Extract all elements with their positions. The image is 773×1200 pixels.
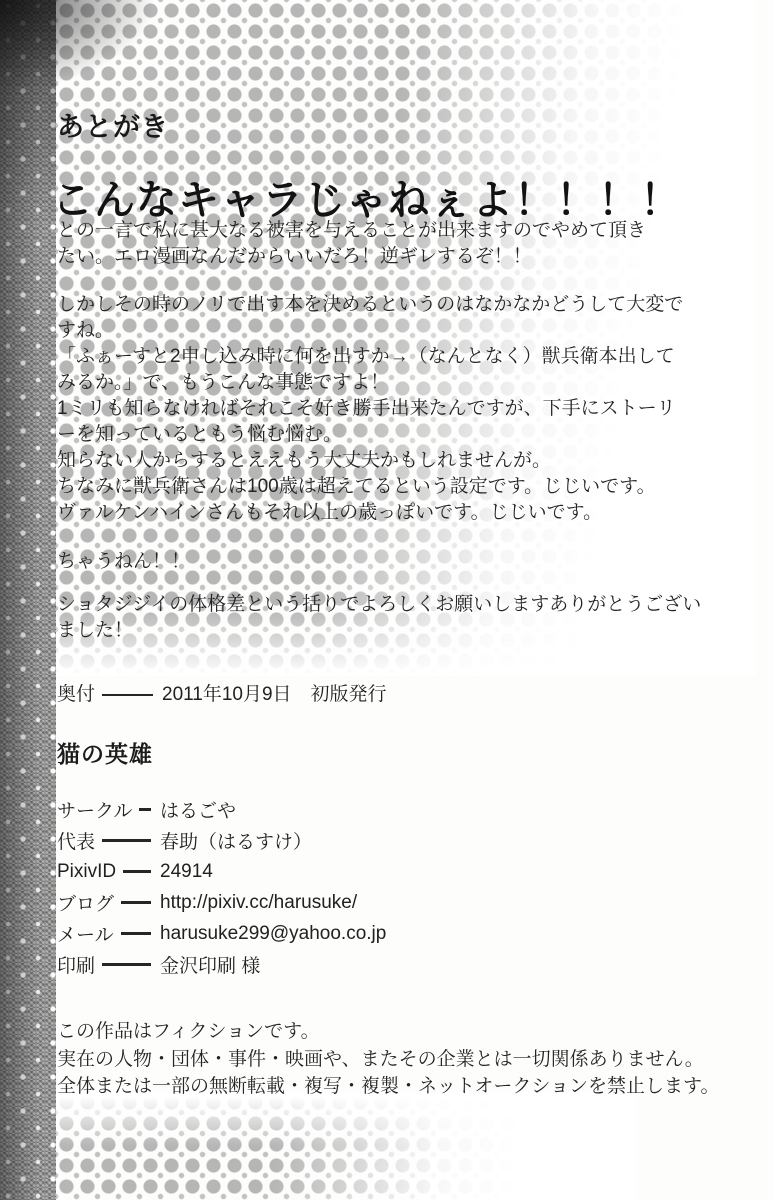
paragraph-2: しかしその時のノリで出す本を決めるというのはなかなかどうして大変で すね。 「ふ… [57,292,683,474]
book-title: 猫の英雄 [57,736,153,769]
page-content: あとがき こんなキャラじゃねぇよ！！！！ との一言で私に甚大なる被害を与えること… [0,0,773,1200]
paragraph-line: ました！ [57,618,701,644]
dash-rule [139,808,151,811]
paragraph-line: ーを知っているともう悩む悩む。 [57,422,683,448]
colophon-label: ブログ [57,889,114,916]
paragraph-line: ちなみに獣兵衛さんは100歳は超えてるという設定です。じじいです。 [57,474,656,500]
paragraph-line: 知らない人からするとええもう大丈夫かもしれませんが。 [57,448,683,474]
okuzuke-label: 奥付 [57,682,95,708]
dash-rule [121,901,151,904]
colophon-label: メール [57,920,114,947]
okuzuke-row: 奥付 2011年10月9日 初版発行 [57,682,657,708]
paragraph-1: との一言で私に甚大なる被害を与えることが出来ますのでやめて頂き たい。エロ漫画な… [57,218,646,270]
paragraph-5: ショタジジイの体格差という括りでよろしくお願いしますありがとうござい ました！ [57,592,701,644]
colophon-row-printer: 印刷 金沢印刷 様 [57,949,657,980]
colophon-value: 春助（はるすけ） [160,827,657,854]
colophon-row-blog: ブログ http://pixiv.cc/harusuke/ [57,887,657,918]
disclaimer-line: この作品はフィクションです。 [57,1018,720,1046]
colophon-list: サークル はるごや 代表 春助（はるすけ） PixivID 24914 ブログ … [57,794,657,980]
colophon-label: サークル [57,796,132,823]
paragraph-line: たい。エロ漫画なんだからいいだろ！逆ギレするぞ！！ [57,244,646,270]
paragraph-line: ショタジジイの体格差という括りでよろしくお願いしますありがとうござい [57,592,701,618]
dash-rule [102,963,151,966]
paragraph-3: ちなみに獣兵衛さんは100歳は超えてるという設定です。じじいです。 ヴァルケンハ… [57,474,656,526]
section-label: あとがき [57,105,169,144]
paragraph-line: みるか。」で、もうこんな事態ですよ！ [57,370,683,396]
colophon-value-blog-url: http://pixiv.cc/harusuke/ [160,892,657,914]
dash-rule [102,694,153,697]
colophon-value: 金沢印刷 様 [160,951,657,978]
colophon-value: 24914 [160,861,657,883]
paragraph-4: ちゃうねん！！ [57,549,190,575]
paragraph-line: しかしその時のノリで出す本を決めるというのはなかなかどうして大変で [57,292,683,318]
paragraph-line: との一言で私に甚大なる被害を与えることが出来ますのでやめて頂き [57,218,646,244]
paragraph-line: ヴァルケンハインさんもそれ以上の歳っぽいです。じじいです。 [57,500,656,526]
disclaimer: この作品はフィクションです。 実在の人物・団体・事件・映画や、またその企業とは一… [57,1018,720,1101]
colophon-label: PixivID [57,861,116,883]
scanned-afterword-page: あとがき こんなキャラじゃねぇよ！！！！ との一言で私に甚大なる被害を与えること… [0,0,773,1200]
colophon-label: 印刷 [57,951,95,978]
paragraph-line: ちゃうねん！！ [57,549,190,575]
colophon-row-mail: メール harusuke299@yahoo.co.jp [57,918,657,949]
colophon-row-representative: 代表 春助（はるすけ） [57,825,657,856]
colophon-row-circle: サークル はるごや [57,794,657,825]
paragraph-line: すね。 [57,318,683,344]
dash-rule [123,870,151,873]
dash-rule [121,932,151,935]
dash-rule [102,839,151,842]
colophon-label: 代表 [57,827,95,854]
disclaimer-line: 全体または一部の無断転載・複写・複製・ネットオークションを禁止します。 [57,1073,720,1101]
okuzuke-value: 2011年10月9日 初版発行 [162,682,657,708]
disclaimer-line: 実在の人物・団体・事件・映画や、またその企業とは一切関係ありません。 [57,1046,720,1074]
colophon-value-email: harusuke299@yahoo.co.jp [160,923,657,945]
colophon-row-pixiv-id: PixivID 24914 [57,856,657,887]
colophon-value: はるごや [160,796,657,823]
paragraph-line: 「ふぁーすと2申し込み時に何を出すか→（なんとなく）獣兵衛本出して [57,344,683,370]
paragraph-line: 1ミリも知らなければそれこそ好き勝手出来たんですが、下手にストーリ [57,396,683,422]
